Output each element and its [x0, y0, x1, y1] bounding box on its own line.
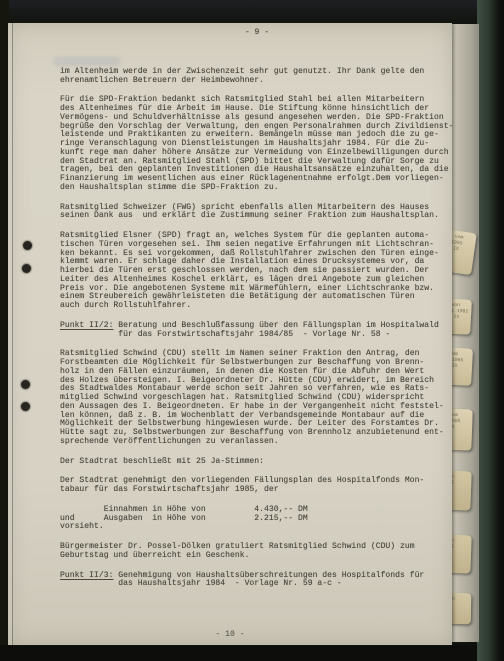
binder-cover-right [477, 0, 504, 661]
paragraph: Bürgermeister Dr. Possel-Dölken gratulie… [60, 543, 454, 561]
section-heading-text: Genehmigung von Haushaltsüberschreitunge… [60, 571, 424, 589]
paragraph: Ratsmitglied Schwind (CDU) stellt im Nam… [60, 350, 454, 446]
punch-hole [21, 380, 30, 389]
paragraph: im Altenheim werde in der Zwischenzeit s… [60, 68, 454, 86]
scanned-minutes-page: ng vom i 1985 4. IX g von uni 1982 5. IX… [0, 0, 504, 661]
page-number-footer: - 10 - [8, 630, 452, 639]
document-page: - 9 - im Altenheim werde in der Zwischen… [8, 23, 452, 645]
section-heading: Punkt II/2: Beratung und Beschlußfassung… [60, 322, 454, 340]
punch-hole [22, 264, 31, 273]
section-heading-text: Beratung und Beschlußfassung über den Fä… [60, 321, 439, 339]
section-heading-label: Punkt II/2: [60, 321, 113, 330]
binder-cover-bottom [0, 645, 504, 661]
paragraph: Der Stadtrat beschließt mit 25 Ja-Stimme… [60, 458, 454, 467]
paragraph: Der Stadtrat genehmigt den vorliegenden … [60, 477, 454, 495]
page-crease [12, 23, 13, 645]
paragraph: Ratsmitglied Schweizer (FWG) spricht ebe… [60, 204, 454, 222]
section-heading: Punkt II/3: Genehmigung von Haushaltsübe… [60, 572, 454, 590]
paragraph: Für die SPD-Fraktion bedankt sich Ratsmi… [60, 96, 454, 192]
punch-hole [21, 402, 30, 411]
page-number-header: - 9 - [60, 29, 454, 38]
paragraph: Ratsmitglied Elsner (SPD) fragt an, welc… [60, 232, 454, 311]
amounts-table: Einnahmen in Höhe von 4.430,-- DM und Au… [60, 506, 454, 532]
punch-hole [23, 241, 32, 250]
section-heading-label: Punkt II/3: [60, 571, 113, 580]
page-content: - 9 - im Altenheim werde in der Zwischen… [60, 29, 454, 600]
binder-cover-top [0, 0, 504, 23]
